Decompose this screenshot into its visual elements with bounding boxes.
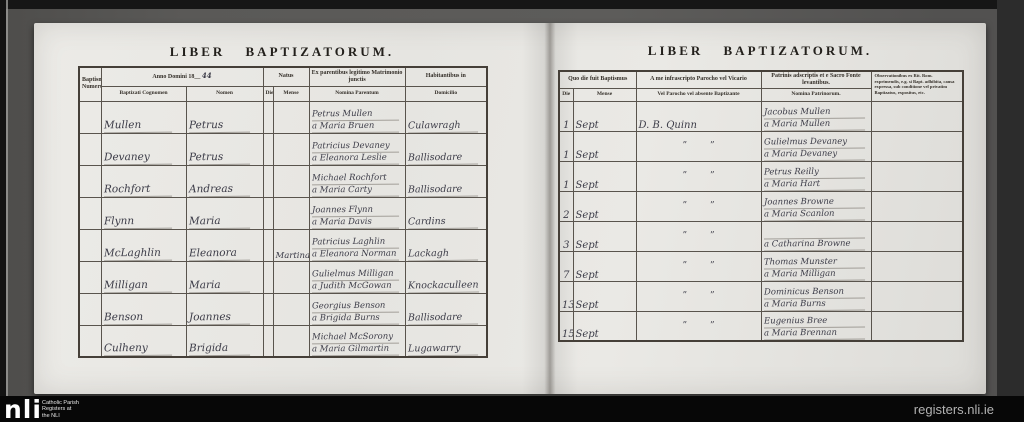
day-cell: 13 <box>559 281 573 311</box>
die-cell <box>263 293 273 325</box>
mense-cell <box>273 101 309 133</box>
numerus-cell <box>79 229 101 261</box>
observations-cell <box>871 281 963 311</box>
sponsors-cell: Petrus Reillya Maria Hart <box>761 161 871 191</box>
forename-text: Andreas <box>188 182 249 197</box>
header-domicilium: Domicilio <box>405 86 487 101</box>
godfather-text: Dominicus Benson <box>763 286 864 299</box>
residence-text: Cardins <box>407 215 478 229</box>
sponsors-cell: a Catharina Browne <box>761 221 871 251</box>
forename-text: Brigida <box>188 342 249 357</box>
header-mense: Mense <box>573 88 636 101</box>
forename-text: Maria <box>188 214 249 229</box>
godmother-text: a Maria Scanlon <box>763 208 864 221</box>
parents-cell: Patricius Laghlina Eleanora Norman <box>309 229 405 261</box>
surname-text: McLaghlin <box>103 246 171 261</box>
godmother-text: a Maria Milligan <box>763 268 864 281</box>
godfather-text: Petrus Reilly <box>763 166 864 179</box>
header-parentes: Ex parentibus legitimo Matrimonio juncti… <box>309 67 405 86</box>
die-cell <box>263 261 273 293</box>
observations-cell <box>871 251 963 281</box>
month-cell: Sept <box>573 221 636 251</box>
forename-cell: Maria <box>186 197 263 229</box>
sponsors-cell: Eugenius Breea Maria Brennan <box>761 311 871 341</box>
godmother-text: a Catharina Browne <box>763 238 864 251</box>
header-nomina-parentum: Nomina Parentum <box>309 86 405 101</box>
numerus-cell <box>79 293 101 325</box>
surname-text: Milligan <box>103 278 171 293</box>
residence-cell: Cardins <box>405 197 487 229</box>
right-dark-bar <box>997 0 1024 422</box>
forename-cell: Maria <box>186 261 263 293</box>
minister-cell: D. B. Quinn <box>636 101 761 131</box>
surname-text: Devaney <box>103 150 171 165</box>
baptism-row: Rochfort Andreas Michael Rochforta Maria… <box>79 165 487 197</box>
surname-text: Mullen <box>103 118 171 133</box>
mother-text: a Brigida Burns <box>311 312 398 325</box>
mother-text: a Maria Gilmartin <box>311 344 398 357</box>
parents-cell: Patricius Devaneya Eleanora Leslie <box>309 133 405 165</box>
father-text: Georgius Benson <box>311 300 398 313</box>
parents-cell: Petrus Mullena Maria Bruen <box>309 101 405 133</box>
godfather-text: Thomas Munster <box>763 256 864 269</box>
header-cognomen: Baptizati Cognomen <box>101 86 186 101</box>
registers-nli-watermark-link[interactable]: registers.nli.ie <box>914 402 994 417</box>
header-numerus: Baptismi Numerus <box>79 67 101 101</box>
die-cell <box>263 325 273 357</box>
forename-cell: Petrus <box>186 101 263 133</box>
surname-text: Culheny <box>103 342 171 357</box>
godfather-text: Joannes Browne <box>763 196 864 209</box>
left-page-title: LIBER BAPTIZATORUM. <box>78 44 486 60</box>
header-anno-domini: Anno Domini 18__ 44 <box>101 67 263 86</box>
die-cell <box>263 229 273 261</box>
observations-cell <box>871 161 963 191</box>
scan-background: LIBER BAPTIZATORUM. LIBER BAPTIZATORUM. … <box>0 0 1024 422</box>
surname-text: Flynn <box>103 214 171 229</box>
header-die: Die <box>559 88 573 101</box>
numerus-cell <box>79 101 101 133</box>
header-baptism-date: Quo die fuit Baptismus <box>559 71 636 88</box>
forename-text: Petrus <box>188 118 249 133</box>
godmother-text: a Maria Mullen <box>763 118 864 131</box>
baptism-row: 3 Sept ” ” a Catharina Browne <box>559 221 963 251</box>
residence-cell: Ballisodare <box>405 293 487 325</box>
residence-cell: Knockaculleen <box>405 261 487 293</box>
residence-text: Ballisodare <box>407 183 478 197</box>
numerus-cell <box>79 261 101 293</box>
baptism-row: Devaney Petrus Patricius Devaneya Eleano… <box>79 133 487 165</box>
forename-cell: Andreas <box>186 165 263 197</box>
godmother-text: a Maria Burns <box>763 298 864 311</box>
observations-cell <box>871 311 963 341</box>
godmother-text: a Maria Hart <box>763 178 864 191</box>
forename-text: Maria <box>188 278 249 293</box>
right-register-table: Quo die fuit Baptismus A me infrascripto… <box>558 70 964 342</box>
godmother-text: a Maria Devaney <box>763 148 864 161</box>
father-text: Patricius Laghlin <box>311 236 398 249</box>
day-cell: 1 <box>559 161 573 191</box>
die-cell <box>263 197 273 229</box>
forename-cell: Brigida <box>186 325 263 357</box>
mother-text: a Maria Davis <box>311 216 398 229</box>
left-register-table: Baptismi Numerus Anno Domini 18__ 44 Nat… <box>78 66 488 358</box>
father-text: Gulielmus Milligan <box>311 268 398 281</box>
mense-cell <box>273 293 309 325</box>
mother-text: a Eleanora Norman <box>311 248 398 261</box>
residence-cell: Lackagh <box>405 229 487 261</box>
minister-ditto-marks: ” ” <box>636 221 761 251</box>
baptism-row: 13 Sept ” ” Dominicus Bensona Maria Burn… <box>559 281 963 311</box>
father-text: Joannes Flynn <box>311 204 398 217</box>
month-cell: Sept <box>573 191 636 221</box>
header-die: Die <box>263 86 273 101</box>
surname-cell: Culheny <box>101 325 186 357</box>
footer-strip: nli Catholic Parish Registers at the NLI… <box>0 396 1024 422</box>
right-page-title: LIBER BAPTIZATORUM. <box>558 43 962 59</box>
surname-cell: Milligan <box>101 261 186 293</box>
minister-ditto-marks: ” ” <box>636 281 761 311</box>
month-cell: Sept <box>573 131 636 161</box>
numerus-cell <box>79 197 101 229</box>
mense-cell <box>273 165 309 197</box>
forename-text: Petrus <box>188 150 249 165</box>
parents-cell: Michael Rochforta Maria Carty <box>309 165 405 197</box>
die-cell <box>263 101 273 133</box>
header-natus: Natus <box>263 67 309 86</box>
residence-text: Lugawarry <box>407 343 478 357</box>
observations-cell <box>871 221 963 251</box>
baptism-row: Mullen Petrus Petrus Mullena Maria Bruen… <box>79 101 487 133</box>
residence-text: Ballisodare <box>407 311 478 325</box>
mense-cell <box>273 325 309 357</box>
day-cell: 2 <box>559 191 573 221</box>
header-minister-sub: Vel Parocho vel absente Baptizante <box>636 88 761 101</box>
mother-text: a Judith McGowan <box>311 280 398 293</box>
surname-cell: Flynn <box>101 197 186 229</box>
day-cell: 3 <box>559 221 573 251</box>
baptism-row: Culheny Brigida Michael McSoronya Maria … <box>79 325 487 357</box>
header-anno-year-handwritten: 44 <box>202 71 212 80</box>
numerus-cell <box>79 165 101 197</box>
residence-text: Culawragh <box>407 119 478 133</box>
surname-cell: Rochfort <box>101 165 186 197</box>
header-patrini: Patrinis adscriptis et e Sacro Fonte lev… <box>761 71 871 88</box>
month-cell: Sept <box>573 101 636 131</box>
month-cell: Sept <box>573 311 636 341</box>
nli-logo: nli <box>4 398 42 422</box>
parents-cell: Gulielmus Milligana Judith McGowan <box>309 261 405 293</box>
sponsors-cell: Gulielmus Devaneya Maria Devaney <box>761 131 871 161</box>
header-minister: A me infrascripto Parocho vel Vicario <box>636 71 761 88</box>
mother-text: a Maria Carty <box>311 184 398 197</box>
godmother-text: a Maria Brennan <box>763 328 864 341</box>
godfather-text: Jacobus Mullen <box>763 106 864 119</box>
day-cell: 7 <box>559 251 573 281</box>
minister-ditto-marks: ” ” <box>636 251 761 281</box>
father-text: Patricius Devaney <box>311 140 398 153</box>
mense-cell <box>273 197 309 229</box>
forename-text: Eleanora <box>188 246 249 261</box>
header-mense: Mense <box>273 86 309 101</box>
surname-cell: Devaney <box>101 133 186 165</box>
sponsors-cell: Jacobus Mullena Maria Mullen <box>761 101 871 131</box>
forename-text: Joannes <box>188 310 249 325</box>
header-numerus-line1: Baptismi <box>82 77 101 83</box>
surname-text: Benson <box>103 310 171 325</box>
forename-cell: Joannes <box>186 293 263 325</box>
baptism-row: 7 Sept ” ” Thomas Munstera Maria Milliga… <box>559 251 963 281</box>
father-text: Petrus Mullen <box>311 108 398 121</box>
numerus-cell <box>79 325 101 357</box>
header-observationes: Observationibus ex Rit. Rom. exprimendis… <box>871 71 963 101</box>
header-patrini-sub: Nomina Patrinorum. <box>761 88 871 101</box>
month-cell: Sept <box>573 251 636 281</box>
surname-cell: McLaghlin <box>101 229 186 261</box>
minister-ditto-marks: ” ” <box>636 131 761 161</box>
day-cell: 1 <box>559 101 573 131</box>
surname-cell: Benson <box>101 293 186 325</box>
mense-cell <box>273 133 309 165</box>
baptism-row: 1 Sept D. B. Quinn Jacobus Mullena Maria… <box>559 101 963 131</box>
minister-ditto-marks: ” ” <box>636 311 761 341</box>
header-nomen: Nomen <box>186 86 263 101</box>
forename-cell: Eleanora <box>186 229 263 261</box>
header-numerus-line2: Numerus <box>82 84 101 90</box>
residence-text: Lackagh <box>407 247 478 261</box>
day-cell: 15 <box>559 311 573 341</box>
parents-cell: Joannes Flynna Maria Davis <box>309 197 405 229</box>
father-text: Michael McSorony <box>311 332 398 345</box>
observations-cell <box>871 131 963 161</box>
baptism-row: Milligan Maria Gulielmus Milligana Judit… <box>79 261 487 293</box>
sponsors-cell: Joannes Brownea Maria Scanlon <box>761 191 871 221</box>
minister-ditto-marks: ” ” <box>636 191 761 221</box>
day-cell: 1 <box>559 131 573 161</box>
parents-cell: Georgius Bensona Brigida Burns <box>309 293 405 325</box>
die-cell <box>263 133 273 165</box>
parents-cell: Michael McSoronya Maria Gilmartin <box>309 325 405 357</box>
scan-edge-highlight <box>6 0 8 398</box>
sponsors-cell: Thomas Munstera Maria Milligan <box>761 251 871 281</box>
top-black-bar <box>0 0 1024 9</box>
godfather-text: Gulielmus Devaney <box>763 136 864 149</box>
sponsors-cell: Dominicus Bensona Maria Burns <box>761 281 871 311</box>
header-anno-printed: Anno Domini 18__ <box>152 74 200 80</box>
baptism-row: McLaghlin Eleanora Martina Patricius Lag… <box>79 229 487 261</box>
father-text: Michael Rochfort <box>311 172 398 185</box>
residence-text: Knockaculleen <box>407 279 478 293</box>
mense-cell: Martina <box>273 229 309 261</box>
baptism-row: Flynn Maria Joannes Flynna Maria Davis C… <box>79 197 487 229</box>
baptism-row: 1 Sept ” ” Petrus Reillya Maria Hart <box>559 161 963 191</box>
minister-ditto-marks: ” ” <box>636 161 761 191</box>
residence-cell: Ballisodare <box>405 133 487 165</box>
nli-caption-line3: the NLI <box>42 413 79 420</box>
mense-cell <box>273 261 309 293</box>
residence-cell: Ballisodare <box>405 165 487 197</box>
month-cell: Sept <box>573 161 636 191</box>
residence-text: Ballisodare <box>407 151 478 165</box>
header-habitantes: Habitantibus in <box>405 67 487 86</box>
observations-cell <box>871 191 963 221</box>
godfather-text: Eugenius Bree <box>763 316 864 329</box>
baptism-row: 1 Sept ” ” Gulielmus Devaneya Maria Deva… <box>559 131 963 161</box>
mother-text: a Eleanora Leslie <box>311 152 398 165</box>
baptism-row: Benson Joannes Georgius Bensona Brigida … <box>79 293 487 325</box>
baptism-row: 2 Sept ” ” Joannes Brownea Maria Scanlon <box>559 191 963 221</box>
residence-cell: Lugawarry <box>405 325 487 357</box>
month-cell: Sept <box>573 281 636 311</box>
forename-cell: Petrus <box>186 133 263 165</box>
nli-logo-caption: Catholic Parish Registers at the NLI <box>42 400 79 420</box>
mother-text: a Maria Bruen <box>311 120 398 133</box>
register-page-spread: LIBER BAPTIZATORUM. LIBER BAPTIZATORUM. … <box>34 23 986 394</box>
residence-cell: Culawragh <box>405 101 487 133</box>
die-cell <box>263 165 273 197</box>
surname-cell: Mullen <box>101 101 186 133</box>
surname-text: Rochfort <box>103 182 171 197</box>
baptism-row: 15 Sept ” ” Eugenius Breea Maria Brennan <box>559 311 963 341</box>
observations-cell <box>871 101 963 131</box>
numerus-cell <box>79 133 101 165</box>
